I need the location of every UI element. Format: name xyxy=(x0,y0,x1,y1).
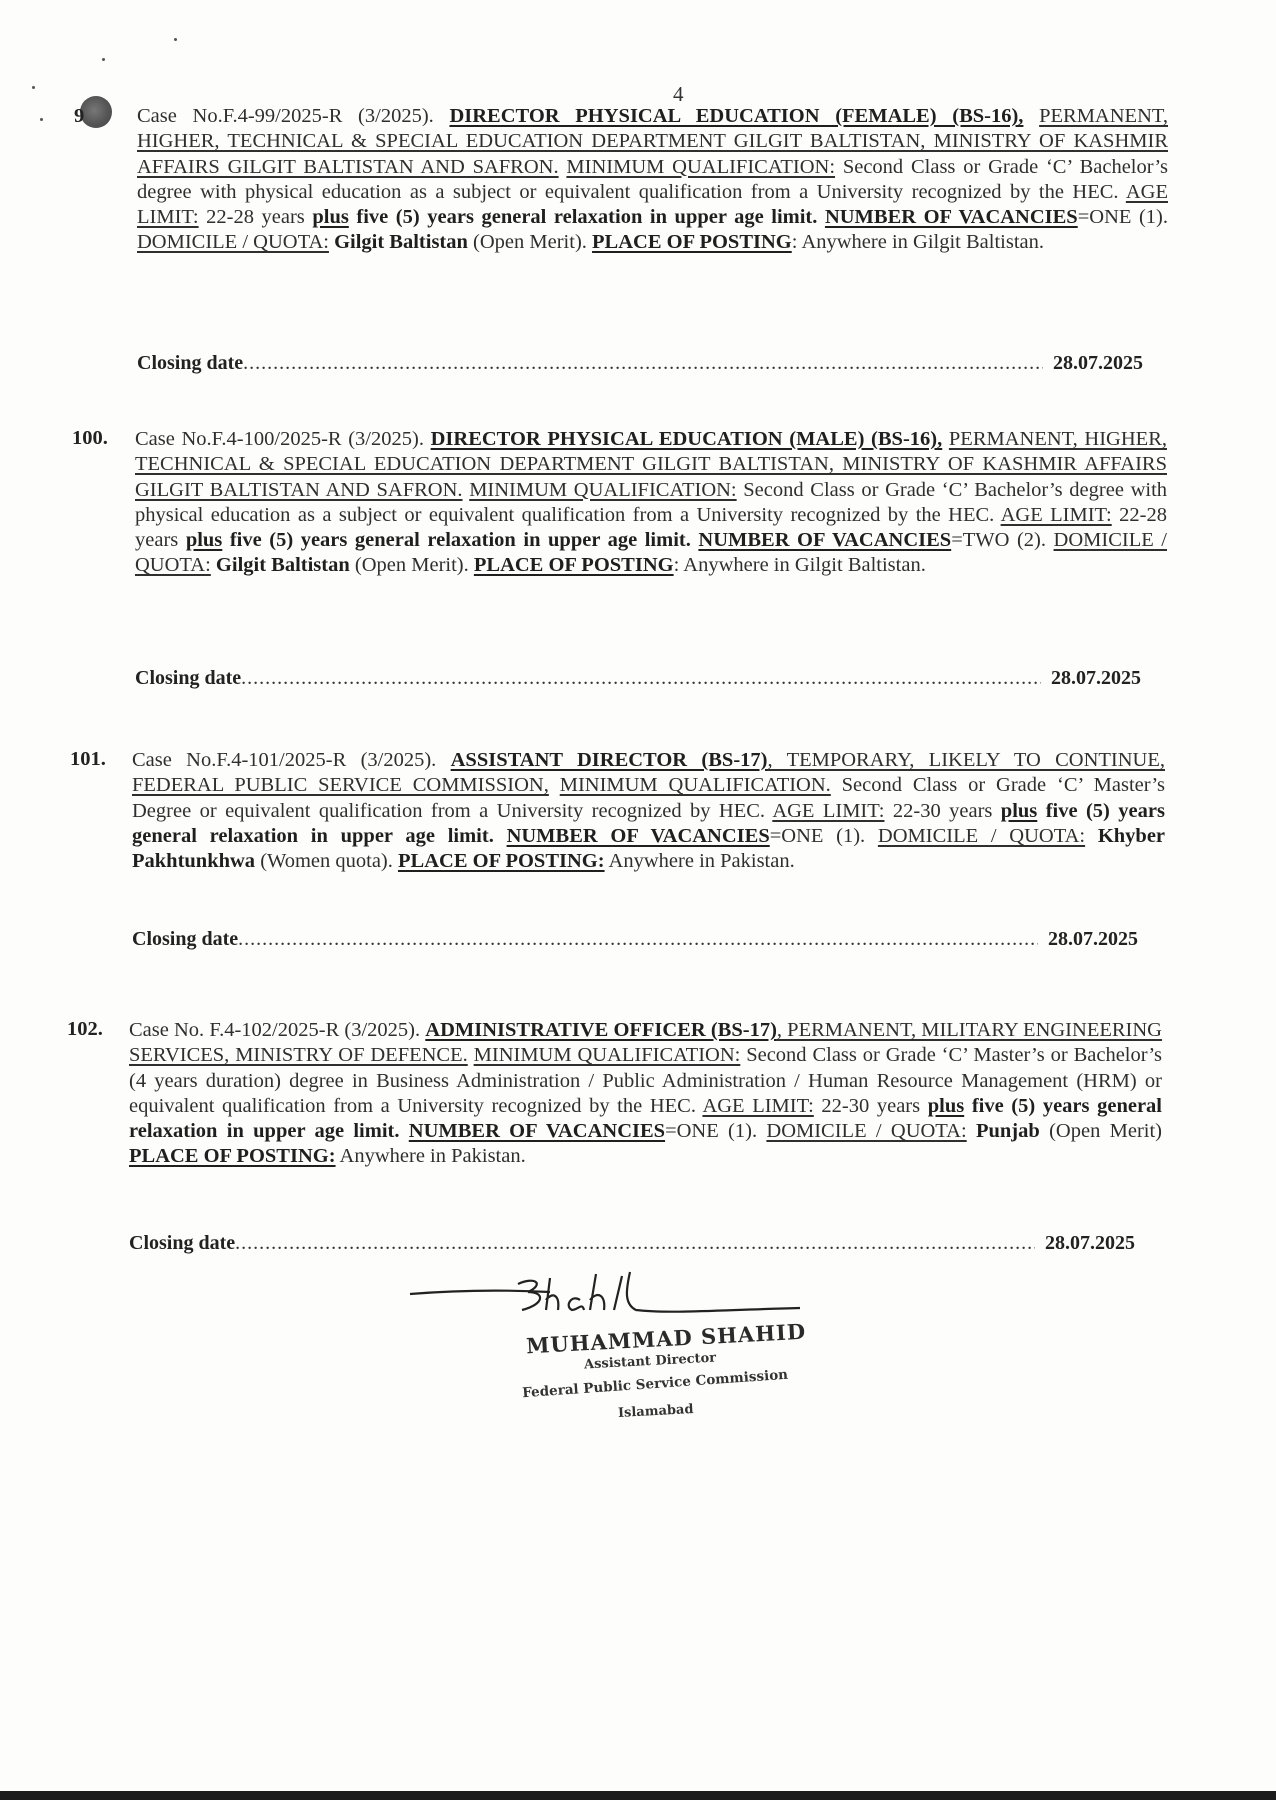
closing-date-label: Closing date xyxy=(135,667,241,690)
text-segment: : Anywhere in Gilgit Baltistan. xyxy=(674,554,926,576)
entry-description: Case No.F.4-100/2025-R (3/2025). DIRECTO… xyxy=(135,427,1167,579)
closing-date-label: Closing date xyxy=(132,928,238,951)
text-segment: NUMBER OF VACANCIES xyxy=(409,1120,665,1142)
text-segment: (Open Merit). xyxy=(350,554,474,576)
text-segment: MINIMUM QUALIFICATION. xyxy=(560,774,831,796)
closing-date-label: Closing date xyxy=(137,352,243,375)
text-segment: plus xyxy=(312,206,348,228)
text-segment: 22-30 years xyxy=(814,1095,928,1117)
scan-speck xyxy=(40,118,43,121)
leader-dots: ........................................… xyxy=(241,667,1041,690)
signature-block: MUHAMMAD SHAHID Assistant Director Feder… xyxy=(400,1270,820,1430)
text-segment: 22-30 years xyxy=(884,800,1000,822)
text-segment xyxy=(1085,825,1098,847)
closing-date-line: Closing date ...........................… xyxy=(129,1232,1135,1255)
text-segment xyxy=(942,428,949,450)
entry-number: 101. xyxy=(70,748,106,771)
text-segment: five (5) years general relaxation in upp… xyxy=(222,529,691,551)
text-segment: DOMICILE / QUOTA: xyxy=(137,231,329,253)
leader-dots: ........................................… xyxy=(238,928,1038,951)
text-segment: 22-28 years xyxy=(199,206,313,228)
text-segment: (Open Merit). xyxy=(468,231,592,253)
entry-number: 102. xyxy=(67,1018,103,1041)
closing-date-line: Closing date ...........................… xyxy=(132,928,1138,951)
text-segment: PLACE OF POSTING: xyxy=(129,1145,336,1167)
text-segment: : Anywhere in Gilgit Baltistan. xyxy=(792,231,1044,253)
hole-punch-mark xyxy=(80,96,112,128)
text-segment: Case No.F.4-100/2025-R (3/2025). xyxy=(135,428,431,450)
text-segment: MINIMUM QUALIFICATION: xyxy=(566,156,835,178)
text-segment: Anywhere in Pakistan. xyxy=(605,850,795,872)
text-segment xyxy=(399,1120,408,1142)
signatory-organization: Federal Public Service Commission xyxy=(522,1367,789,1402)
text-segment: DIRECTOR PHYSICAL EDUCATION (FEMALE) (BS… xyxy=(449,105,1023,127)
text-segment: plus xyxy=(186,529,222,551)
text-segment: NUMBER OF VACANCIES xyxy=(698,529,951,551)
text-segment: MINIMUM QUALIFICATION: xyxy=(474,1044,741,1066)
text-segment: NUMBER OF VACANCIES xyxy=(825,206,1078,228)
entry-description: Case No.F.4-99/2025-R (3/2025). DIRECTOR… xyxy=(137,104,1168,256)
text-segment xyxy=(817,206,825,228)
text-segment xyxy=(1023,105,1039,127)
scan-speck xyxy=(174,38,177,41)
text-segment: plus xyxy=(1001,800,1037,822)
text-segment: =ONE (1). xyxy=(770,825,878,847)
closing-date-label: Closing date xyxy=(129,1232,235,1255)
closing-date-value: 28.07.2025 xyxy=(1048,928,1138,951)
text-segment: AGE LIMIT: xyxy=(1001,504,1112,526)
entry-number: 9 xyxy=(74,105,84,128)
text-segment: Case No. F.4-102/2025-R (3/2025). xyxy=(129,1019,425,1041)
text-segment: MINIMUM QUALIFICATION: xyxy=(469,479,736,501)
entry-number: 100. xyxy=(72,427,108,450)
text-segment: Punjab xyxy=(976,1120,1040,1142)
text-segment: ASSISTANT DIRECTOR (BS-17) xyxy=(451,749,768,771)
text-segment: PLACE OF POSTING: xyxy=(398,850,605,872)
text-segment: Gilgit Baltistan xyxy=(216,554,350,576)
entry-description: Case No. F.4-102/2025-R (3/2025). ADMINI… xyxy=(129,1018,1162,1170)
scan-bottom-edge xyxy=(0,1791,1276,1800)
entry-description: Case No.F.4-101/2025-R (3/2025). ASSISTA… xyxy=(132,748,1165,874)
text-segment: five (5) years general relaxation in upp… xyxy=(349,206,818,228)
text-segment: NUMBER OF VACANCIES xyxy=(507,825,770,847)
closing-date-value: 28.07.2025 xyxy=(1051,667,1141,690)
text-segment xyxy=(967,1120,976,1142)
text-segment xyxy=(549,774,560,796)
scan-speck xyxy=(32,86,35,89)
text-segment: Case No.F.4-101/2025-R (3/2025). xyxy=(132,749,451,771)
closing-date-line: Closing date ...........................… xyxy=(137,352,1143,375)
text-segment: =ONE (1). xyxy=(1078,206,1168,228)
text-segment: Anywhere in Pakistan. xyxy=(336,1145,526,1167)
signatory-city: Islamabad xyxy=(618,1402,694,1421)
text-segment: AGE LIMIT: xyxy=(702,1095,813,1117)
text-segment: =ONE (1). xyxy=(665,1120,766,1142)
text-segment: Gilgit Baltistan xyxy=(334,231,468,253)
text-segment: DOMICILE / QUOTA: xyxy=(766,1120,966,1142)
text-segment: plus xyxy=(928,1095,964,1117)
leader-dots: ........................................… xyxy=(243,352,1043,375)
text-segment: (Women quota). xyxy=(255,850,398,872)
text-segment: ADMINISTRATIVE OFFICER (BS-17) xyxy=(425,1019,777,1041)
text-segment: =TWO (2). xyxy=(951,529,1053,551)
text-segment: (Open Merit) xyxy=(1040,1120,1162,1142)
text-segment: AGE LIMIT: xyxy=(772,800,884,822)
text-segment: Case No.F.4-99/2025-R (3/2025). xyxy=(137,105,449,127)
text-segment: DIRECTOR PHYSICAL EDUCATION (MALE) (BS-1… xyxy=(431,428,943,450)
closing-date-line: Closing date ...........................… xyxy=(135,667,1141,690)
closing-date-value: 28.07.2025 xyxy=(1045,1232,1135,1255)
text-segment xyxy=(494,825,507,847)
text-segment: DOMICILE / QUOTA: xyxy=(878,825,1085,847)
scan-speck xyxy=(102,58,105,61)
leader-dots: ........................................… xyxy=(235,1232,1035,1255)
closing-date-value: 28.07.2025 xyxy=(1053,352,1143,375)
text-segment: PLACE OF POSTING xyxy=(592,231,792,253)
text-segment: PLACE OF POSTING xyxy=(474,554,674,576)
